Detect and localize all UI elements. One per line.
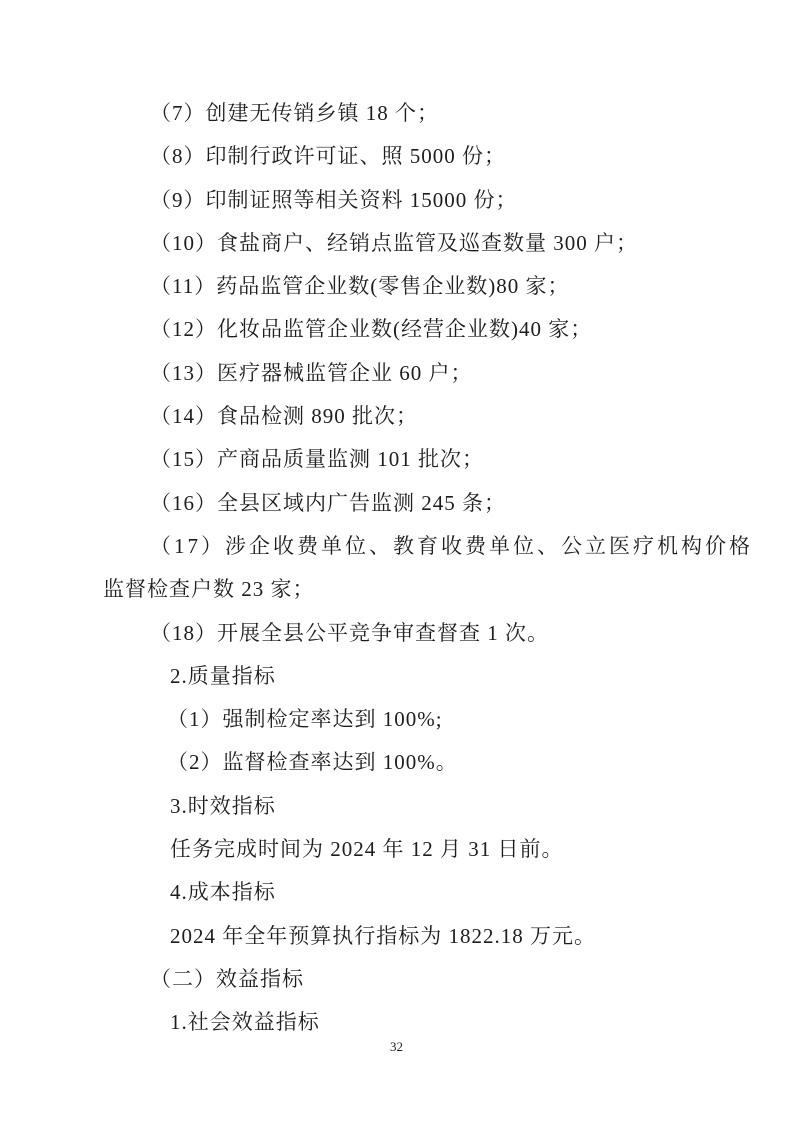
doc-line-budget-execution: 2024 年全年预算执行指标为 1822.18 万元。 bbox=[103, 915, 691, 958]
doc-line-item-10: （10）食盐商户、经销点监管及巡查数量 300 户； bbox=[103, 222, 691, 265]
doc-line-item-7: （7）创建无传销乡镇 18 个； bbox=[103, 92, 691, 135]
doc-line-item-9: （9）印制证照等相关资料 15000 份； bbox=[103, 179, 691, 222]
doc-line-sub-item-1: （1）强制检定率达到 100%; bbox=[103, 698, 691, 741]
doc-line-item-18: （18）开展全县公平竞争审查督查 1 次。 bbox=[103, 612, 691, 655]
doc-heading-cost-indicators: 4.成本指标 bbox=[103, 871, 691, 914]
doc-line-completion-time: 任务完成时间为 2024 年 12 月 31 日前。 bbox=[103, 828, 691, 871]
doc-line-item-14: （14）食品检测 890 批次； bbox=[103, 395, 691, 438]
doc-line-item-16: （16）全县区域内广告监测 245 条； bbox=[103, 482, 691, 525]
doc-line-item-17: （17）涉企收费单位、教育收费单位、公立医疗机构价格 bbox=[103, 525, 691, 568]
doc-heading-timeliness-indicators: 3.时效指标 bbox=[103, 785, 691, 828]
document-body: （7）创建无传销乡镇 18 个； （8）印制行政许可证、照 5000 份； （9… bbox=[103, 92, 691, 1045]
doc-line-item-13: （13）医疗器械监管企业 60 户； bbox=[103, 352, 691, 395]
doc-heading-benefit-indicators: （二）效益指标 bbox=[103, 958, 691, 1001]
document-page: （7）创建无传销乡镇 18 个； （8）印制行政许可证、照 5000 份； （9… bbox=[0, 0, 793, 1122]
doc-line-item-8: （8）印制行政许可证、照 5000 份； bbox=[103, 135, 691, 178]
doc-line-item-11: （11）药品监管企业数(零售企业数)80 家； bbox=[103, 265, 691, 308]
doc-line-item-15: （15）产商品质量监测 101 批次； bbox=[103, 438, 691, 481]
doc-line-item-17-continuation: 监督检查户数 23 家； bbox=[103, 568, 691, 611]
doc-line-sub-item-2: （2）监督检查率达到 100%。 bbox=[103, 741, 691, 784]
doc-line-item-12: （12）化妆品监管企业数(经营企业数)40 家； bbox=[103, 308, 691, 351]
doc-heading-quality-indicators: 2.质量指标 bbox=[103, 655, 691, 698]
page-number: 32 bbox=[0, 1039, 793, 1055]
